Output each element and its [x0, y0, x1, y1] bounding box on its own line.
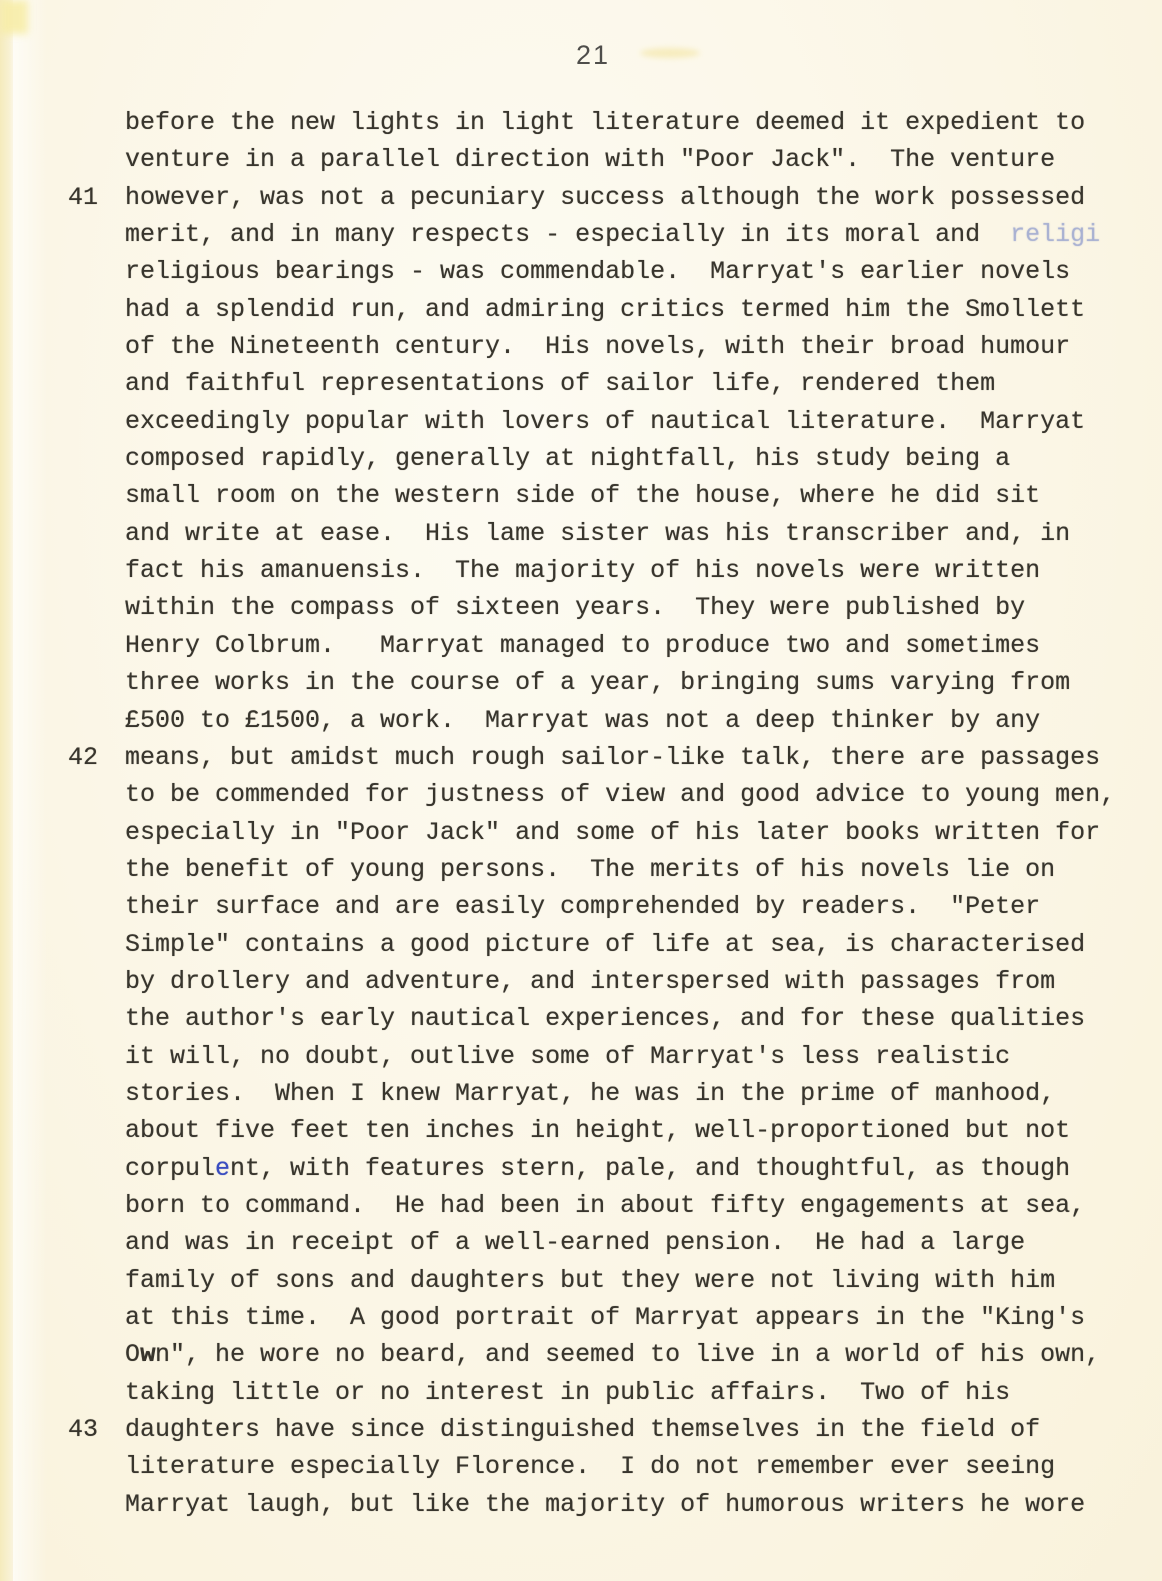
text-segment: Marryat laugh, but like the majority of … [125, 1490, 1085, 1519]
text-line: and was in receipt of a well-earned pens… [0, 1224, 1162, 1261]
text-line: within the compass of sixteen years. The… [0, 589, 1162, 626]
text-line: of the Nineteenth century. His novels, w… [0, 328, 1162, 365]
text-segment: Henry Colbrum. Marryat managed to produc… [125, 631, 1040, 660]
line-text: the benefit of young persons. The merits… [125, 855, 1055, 884]
text-line: Own", he wore no beard, and seemed to li… [0, 1336, 1162, 1373]
paper-smudge [640, 48, 700, 58]
line-text: exceedingly popular with lovers of nauti… [125, 407, 1085, 436]
text-segment: O [125, 1340, 140, 1369]
text-segment: it will, no doubt, outlive some of Marry… [125, 1042, 1010, 1071]
line-text: merit, and in many respects - especially… [125, 220, 1100, 249]
line-text: taking little or no interest in public a… [125, 1378, 1010, 1407]
text-segment: fact his amanuensis. The majority of his… [125, 556, 1040, 585]
line-text: it will, no doubt, outlive some of Marry… [125, 1042, 1010, 1071]
line-text: composed rapidly, generally at nightfall… [125, 444, 1010, 473]
text-segment: about five feet ten inches in height, we… [125, 1116, 1070, 1145]
text-line: Simple" contains a good picture of life … [0, 926, 1162, 963]
line-text: and faithful representations of sailor l… [125, 369, 995, 398]
text-line: literature especially Florence. I do not… [0, 1448, 1162, 1485]
text-line: to be commended for justness of view and… [0, 776, 1162, 813]
line-text: means, but amidst much rough sailor-like… [125, 743, 1100, 772]
line-text: before the new lights in light literatur… [125, 108, 1085, 137]
text-segment: and faithful representations of sailor l… [125, 369, 995, 398]
line-text: corpulent, with features stern, pale, an… [125, 1154, 1070, 1183]
text-segment: the benefit of young persons. The merits… [125, 855, 1055, 884]
line-text: by drollery and adventure, and intersper… [125, 967, 1055, 996]
text-segment: within the compass of sixteen years. The… [125, 593, 1025, 622]
line-text: the author's early nautical experiences,… [125, 1004, 1085, 1033]
text-line: at this time. A good portrait of Marryat… [0, 1299, 1162, 1336]
line-text: their surface and are easily comprehende… [125, 892, 1040, 921]
line-text: stories. When I knew Marryat, he was in … [125, 1079, 1055, 1108]
text-line: born to command. He had been in about fi… [0, 1187, 1162, 1224]
blue-text-segment: e [215, 1154, 230, 1183]
text-line: 43daughters have since distinguished the… [0, 1411, 1162, 1448]
text-line: especially in "Poor Jack" and some of hi… [0, 814, 1162, 851]
text-segment: exceedingly popular with lovers of nauti… [125, 407, 1085, 436]
text-line: 41however, was not a pecuniary success a… [0, 179, 1162, 216]
text-segment: the author's early nautical experiences,… [125, 1004, 1085, 1033]
typewritten-body: before the new lights in light literatur… [0, 104, 1162, 1523]
text-segment: to be commended for justness of view and… [125, 780, 1115, 809]
line-text: had a splendid run, and admiring critics… [125, 295, 1085, 324]
text-line: 42means, but amidst much rough sailor-li… [0, 739, 1162, 776]
line-text: especially in "Poor Jack" and some of hi… [125, 818, 1100, 847]
text-segment: three works in the course of a year, bri… [125, 668, 1070, 697]
line-text: religious bearings - was commendable. Ma… [125, 257, 1070, 286]
text-line: venture in a parallel direction with "Po… [0, 141, 1162, 178]
text-segment: especially in "Poor Jack" and some of hi… [125, 818, 1100, 847]
text-segment: £500 to £1500, a work. Marryat was not a… [125, 706, 1040, 735]
line-text: Simple" contains a good picture of life … [125, 930, 1085, 959]
text-segment: literature especially Florence. I do not… [125, 1452, 1055, 1481]
text-line: had a splendid run, and admiring critics… [0, 291, 1162, 328]
text-line: religious bearings - was commendable. Ma… [0, 253, 1162, 290]
line-text: literature especially Florence. I do not… [125, 1452, 1055, 1481]
text-segment: and write at ease. His lame sister was h… [125, 519, 1070, 548]
text-segment: taking little or no interest in public a… [125, 1378, 1010, 1407]
text-segment: small room on the western side of the ho… [125, 481, 1040, 510]
text-segment: before the new lights in light literatur… [125, 108, 1085, 137]
line-text: at this time. A good portrait of Marryat… [125, 1303, 1085, 1332]
line-text: within the compass of sixteen years. The… [125, 593, 1025, 622]
text-line: their surface and are easily comprehende… [0, 888, 1162, 925]
margin-paragraph-number: 41 [68, 179, 98, 216]
text-segment: venture in a parallel direction with "Po… [125, 145, 1055, 174]
line-text: small room on the western side of the ho… [125, 481, 1040, 510]
text-line: stories. When I knew Marryat, he was in … [0, 1075, 1162, 1112]
text-segment: stories. When I knew Marryat, he was in … [125, 1079, 1055, 1108]
text-segment: n", he wore no beard, and seemed to live… [155, 1340, 1100, 1369]
text-line: three works in the course of a year, bri… [0, 664, 1162, 701]
text-line: corpulent, with features stern, pale, an… [0, 1150, 1162, 1187]
text-line: before the new lights in light literatur… [0, 104, 1162, 141]
text-segment: however, was not a pecuniary success alt… [125, 183, 1085, 212]
text-segment: religious bearings - was commendable. Ma… [125, 257, 1070, 286]
line-text: family of sons and daughters but they we… [125, 1266, 1055, 1295]
text-segment: nt, with features stern, pale, and thoug… [230, 1154, 1070, 1183]
text-line: small room on the western side of the ho… [0, 477, 1162, 514]
page-number: 21 [576, 40, 610, 71]
text-line: the author's early nautical experiences,… [0, 1000, 1162, 1037]
text-segment: merit, and in many respects - especially… [125, 220, 1010, 249]
text-segment: Simple" contains a good picture of life … [125, 930, 1085, 959]
line-text: however, was not a pecuniary success alt… [125, 183, 1085, 212]
manuscript-page: { "page": { "number": "21", "ink_color":… [0, 0, 1162, 1581]
text-segment: their surface and are easily comprehende… [125, 892, 1040, 921]
line-text: venture in a parallel direction with "Po… [125, 145, 1055, 174]
line-text: Henry Colbrum. Marryat managed to produc… [125, 631, 1040, 660]
margin-paragraph-number: 43 [68, 1411, 98, 1448]
text-line: composed rapidly, generally at nightfall… [0, 440, 1162, 477]
text-segment: daughters have since distinguished thems… [125, 1415, 1040, 1444]
text-line: Henry Colbrum. Marryat managed to produc… [0, 627, 1162, 664]
text-line: taking little or no interest in public a… [0, 1374, 1162, 1411]
line-text: fact his amanuensis. The majority of his… [125, 556, 1040, 585]
text-line: exceedingly popular with lovers of nauti… [0, 403, 1162, 440]
text-segment: at this time. A good portrait of Marryat… [125, 1303, 1085, 1332]
line-text: and write at ease. His lame sister was h… [125, 519, 1070, 548]
line-text: three works in the course of a year, bri… [125, 668, 1070, 697]
paper-corner-stain [0, 0, 28, 34]
text-segment: corpul [125, 1154, 215, 1183]
bold-text-segment: w [140, 1340, 155, 1369]
text-line: the benefit of young persons. The merits… [0, 851, 1162, 888]
text-line: fact his amanuensis. The majority of his… [0, 552, 1162, 589]
line-text: of the Nineteenth century. His novels, w… [125, 332, 1070, 361]
line-text: born to command. He had been in about fi… [125, 1191, 1085, 1220]
text-line: it will, no doubt, outlive some of Marry… [0, 1038, 1162, 1075]
line-text: daughters have since distinguished thems… [125, 1415, 1040, 1444]
text-segment: composed rapidly, generally at nightfall… [125, 444, 1010, 473]
margin-paragraph-number: 42 [68, 739, 98, 776]
line-text: to be commended for justness of view and… [125, 780, 1115, 809]
text-segment: and was in receipt of a well-earned pens… [125, 1228, 1025, 1257]
text-line: and faithful representations of sailor l… [0, 365, 1162, 402]
text-segment: by drollery and adventure, and intersper… [125, 967, 1055, 996]
text-segment: means, but amidst much rough sailor-like… [125, 743, 1100, 772]
text-segment: family of sons and daughters but they we… [125, 1266, 1055, 1295]
line-text: £500 to £1500, a work. Marryat was not a… [125, 706, 1040, 735]
text-line: Marryat laugh, but like the majority of … [0, 1486, 1162, 1523]
line-text: Own", he wore no beard, and seemed to li… [125, 1340, 1100, 1369]
line-text: and was in receipt of a well-earned pens… [125, 1228, 1025, 1257]
text-line: family of sons and daughters but they we… [0, 1262, 1162, 1299]
text-line: merit, and in many respects - especially… [0, 216, 1162, 253]
text-line: about five feet ten inches in height, we… [0, 1112, 1162, 1149]
text-segment: had a splendid run, and admiring critics… [125, 295, 1085, 324]
line-text: Marryat laugh, but like the majority of … [125, 1490, 1085, 1519]
text-line: by drollery and adventure, and intersper… [0, 963, 1162, 1000]
ghost-text-segment: religi [1010, 220, 1100, 249]
text-segment: of the Nineteenth century. His novels, w… [125, 332, 1070, 361]
text-line: and write at ease. His lame sister was h… [0, 515, 1162, 552]
text-line: £500 to £1500, a work. Marryat was not a… [0, 702, 1162, 739]
text-segment: born to command. He had been in about fi… [125, 1191, 1085, 1220]
line-text: about five feet ten inches in height, we… [125, 1116, 1070, 1145]
